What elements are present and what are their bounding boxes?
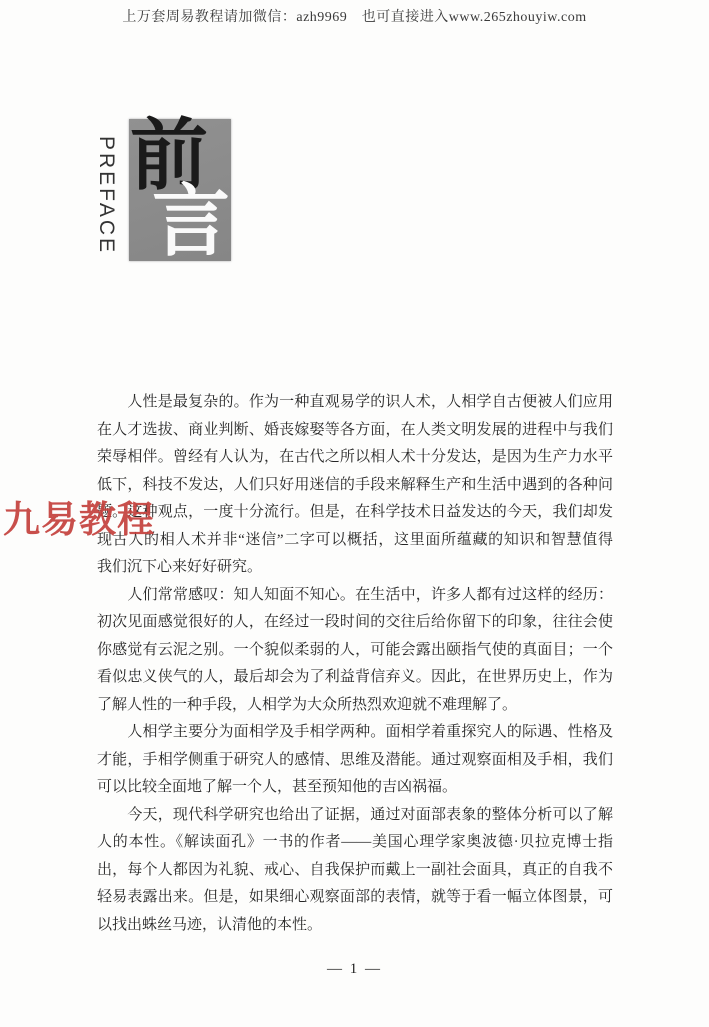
body-text-line: 题。这种观点，一度十分流行。但是，在科学技术日益发达的今天，我们却发 [97, 499, 613, 527]
body-text-line: 人相学主要分为面相学及手相学两种。面相学着重探究人的际遇、性格及 [97, 719, 613, 747]
body-text-line: 轻易表露出来。但是，如果细心观察面部的表情，就等于看一幅立体图景，可 [97, 884, 613, 912]
body-text-line: 看似忠义侠气的人，最后却会为了利益背信弃义。因此，在世界历史上，作为 [97, 664, 613, 692]
page-footer: — 1 — [0, 961, 709, 978]
body-text-line: 人们常常感叹：知人知面不知心。在生活中，许多人都有过这样的经历： [97, 582, 613, 610]
body-text-line: 出，每个人都因为礼貌、戒心、自我保护而戴上一副社会面具，真正的自我不 [97, 857, 613, 885]
body-text-line: 今天，现代科学研究也给出了证据，通过对面部表象的整体分析可以了解 [97, 802, 613, 830]
body-text-line: 你感觉有云泥之别。一个貌似柔弱的人，可能会露出颐指气使的真面目；一个 [97, 637, 613, 665]
body-text-line: 可以比较全面地了解一个人，甚至预知他的吉凶祸福。 [97, 774, 613, 802]
body-text-line: 了解人性的一种手段，人相学为大众所热烈欢迎就不难理解了。 [97, 692, 613, 720]
body-text-line: 在人才选拔、商业判断、婚丧嫁娶等各方面，在人类文明发展的进程中与我们 [97, 417, 613, 445]
body-text-line: 低下，科技不发达，人们只好用迷信的手段来解释生产和生活中遇到的各种问 [97, 472, 613, 500]
body-text-line: 初次见面感觉很好的人，在经过一段时间的交往后给你留下的印象，往往会使 [97, 609, 613, 637]
body-text-line: 才能，手相学侧重于研究人的感情、思维及潜能。通过观察面相及手相，我们 [97, 747, 613, 775]
body-text-line: 荣辱相伴。曾经有人认为，在古代之所以相人术十分发达，是因为生产力水平 [97, 444, 613, 472]
body-text-line: 人性是最复杂的。作为一种直观易学的识人术，人相学自古便被人们应用 [97, 389, 613, 417]
body-text-line: 现古人的相人术并非“迷信”二字可以概括，这里面所蕴藏的知识和智慧值得 [97, 527, 613, 555]
body-text-line: 人的本性。《解读面孔》一书的作者——美国心理学家奥波德·贝拉克博士指 [97, 829, 613, 857]
body-text-line: 我们沉下心来好好研究。 [97, 554, 613, 582]
promo-text: 上万套周易教程请加微信：azh9969 也可直接进入www.265zhouyiw… [122, 10, 586, 25]
page-number: — 1 — [327, 961, 382, 977]
preface-english-vertical-label: PREFACE [94, 136, 118, 255]
scanned-book-page: 上万套周易教程请加微信：azh9969 也可直接进入www.265zhouyiw… [0, 0, 709, 1027]
title-char-yan: 言 [152, 183, 230, 261]
preface-body: 人性是最复杂的。作为一种直观易学的识人术，人相学自古便被人们应用在人才选拔、商业… [97, 389, 613, 939]
promo-header: 上万套周易教程请加微信：azh9969 也可直接进入www.265zhouyiw… [0, 6, 709, 26]
preface-title-box: 前 言 [129, 119, 231, 261]
body-text-line: 以找出蛛丝马迹，认清他的本性。 [97, 912, 613, 940]
red-watermark: 九易教程 [3, 489, 155, 543]
